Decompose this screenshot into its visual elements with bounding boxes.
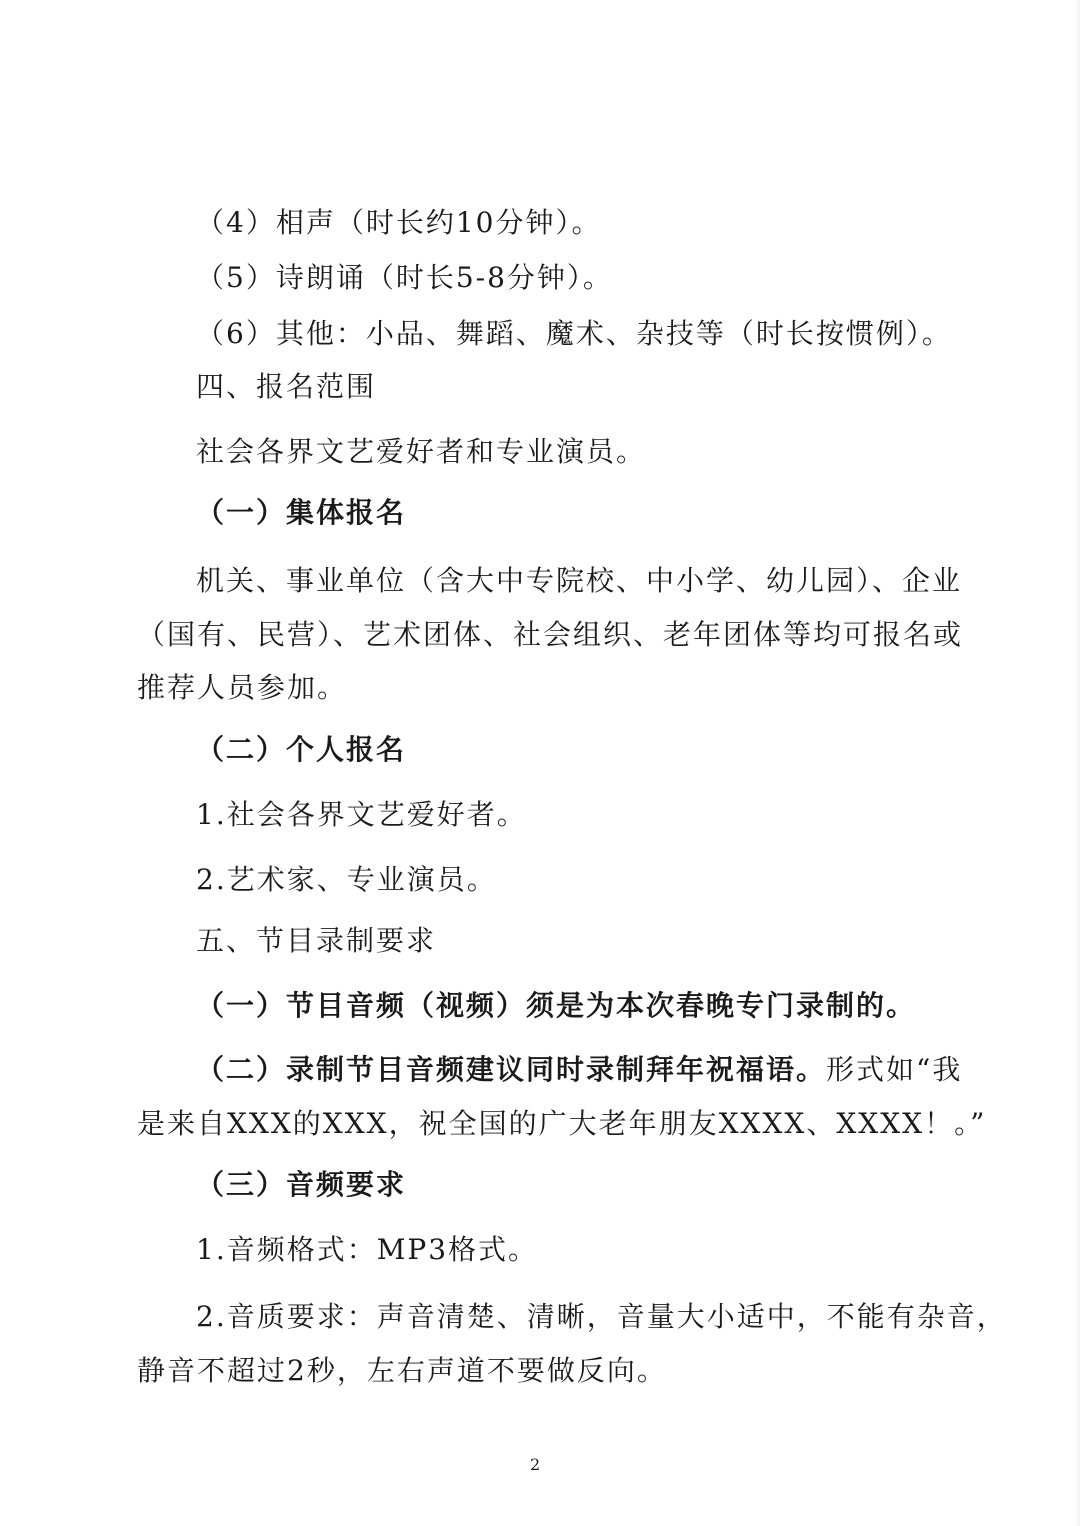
requirement-2-bold: （二）录制节目音频建议同时录制拜年祝福语。 (196, 1053, 826, 1086)
individual-item-1: 1.社会各界文艺爱好者。 (196, 795, 527, 835)
subheading-group-registration: （一）集体报名 (196, 493, 406, 533)
requirement-1: （一）节目音频（视频）须是为本次春晚专门录制的。 (196, 986, 916, 1026)
document-page: （4）相声（时长约10分钟）。 （5）诗朗诵（时长5-8分钟）。 （6）其他：小… (0, 0, 1080, 1526)
subheading-individual-registration: （二）个人报名 (196, 730, 406, 770)
requirement-2: （二）录制节目音频建议同时录制拜年祝福语。形式如“我 (196, 1050, 962, 1090)
group-registration-text-2: （国有、民营）、艺术团体、社会组织、老年团体等均可报名或 (137, 615, 963, 655)
item-crosstalk: （4）相声（时长约10分钟）。 (196, 203, 601, 243)
item-other-performances: （6）其他：小品、舞蹈、魔术、杂技等（时长按惯例）。 (196, 314, 952, 354)
individual-item-2: 2.艺术家、专业演员。 (196, 860, 497, 900)
subheading-audio-requirements: （三）音频要求 (196, 1165, 406, 1205)
registration-scope-text: 社会各界文艺爱好者和专业演员。 (196, 432, 646, 472)
requirement-2-normal: 形式如“我 (826, 1053, 962, 1086)
section-heading-recording-requirements: 五、节目录制要求 (196, 921, 436, 961)
group-registration-text-1: 机关、事业单位（含大中专院校、中小学、幼儿园）、企业 (196, 561, 962, 601)
page-edge-shadow (1074, 0, 1080, 1526)
group-registration-text-3: 推荐人员参加。 (137, 668, 347, 708)
audio-quality-1: 2.音质要求：声音清楚、清晰，音量大小适中，不能有杂音， (196, 1297, 1007, 1337)
item-poetry-recitation: （5）诗朗诵（时长5-8分钟）。 (196, 258, 613, 298)
section-heading-registration-scope: 四、报名范围 (196, 367, 376, 407)
requirement-2-continued: 是来自XXX的XXX，祝全国的广大老年朋友XXXX、XXXX！。” (137, 1104, 986, 1144)
audio-quality-2: 静音不超过2秒，左右声道不要做反向。 (137, 1351, 667, 1391)
audio-format: 1.音频格式：MP3格式。 (196, 1230, 538, 1270)
page-number: 2 (530, 1455, 540, 1474)
